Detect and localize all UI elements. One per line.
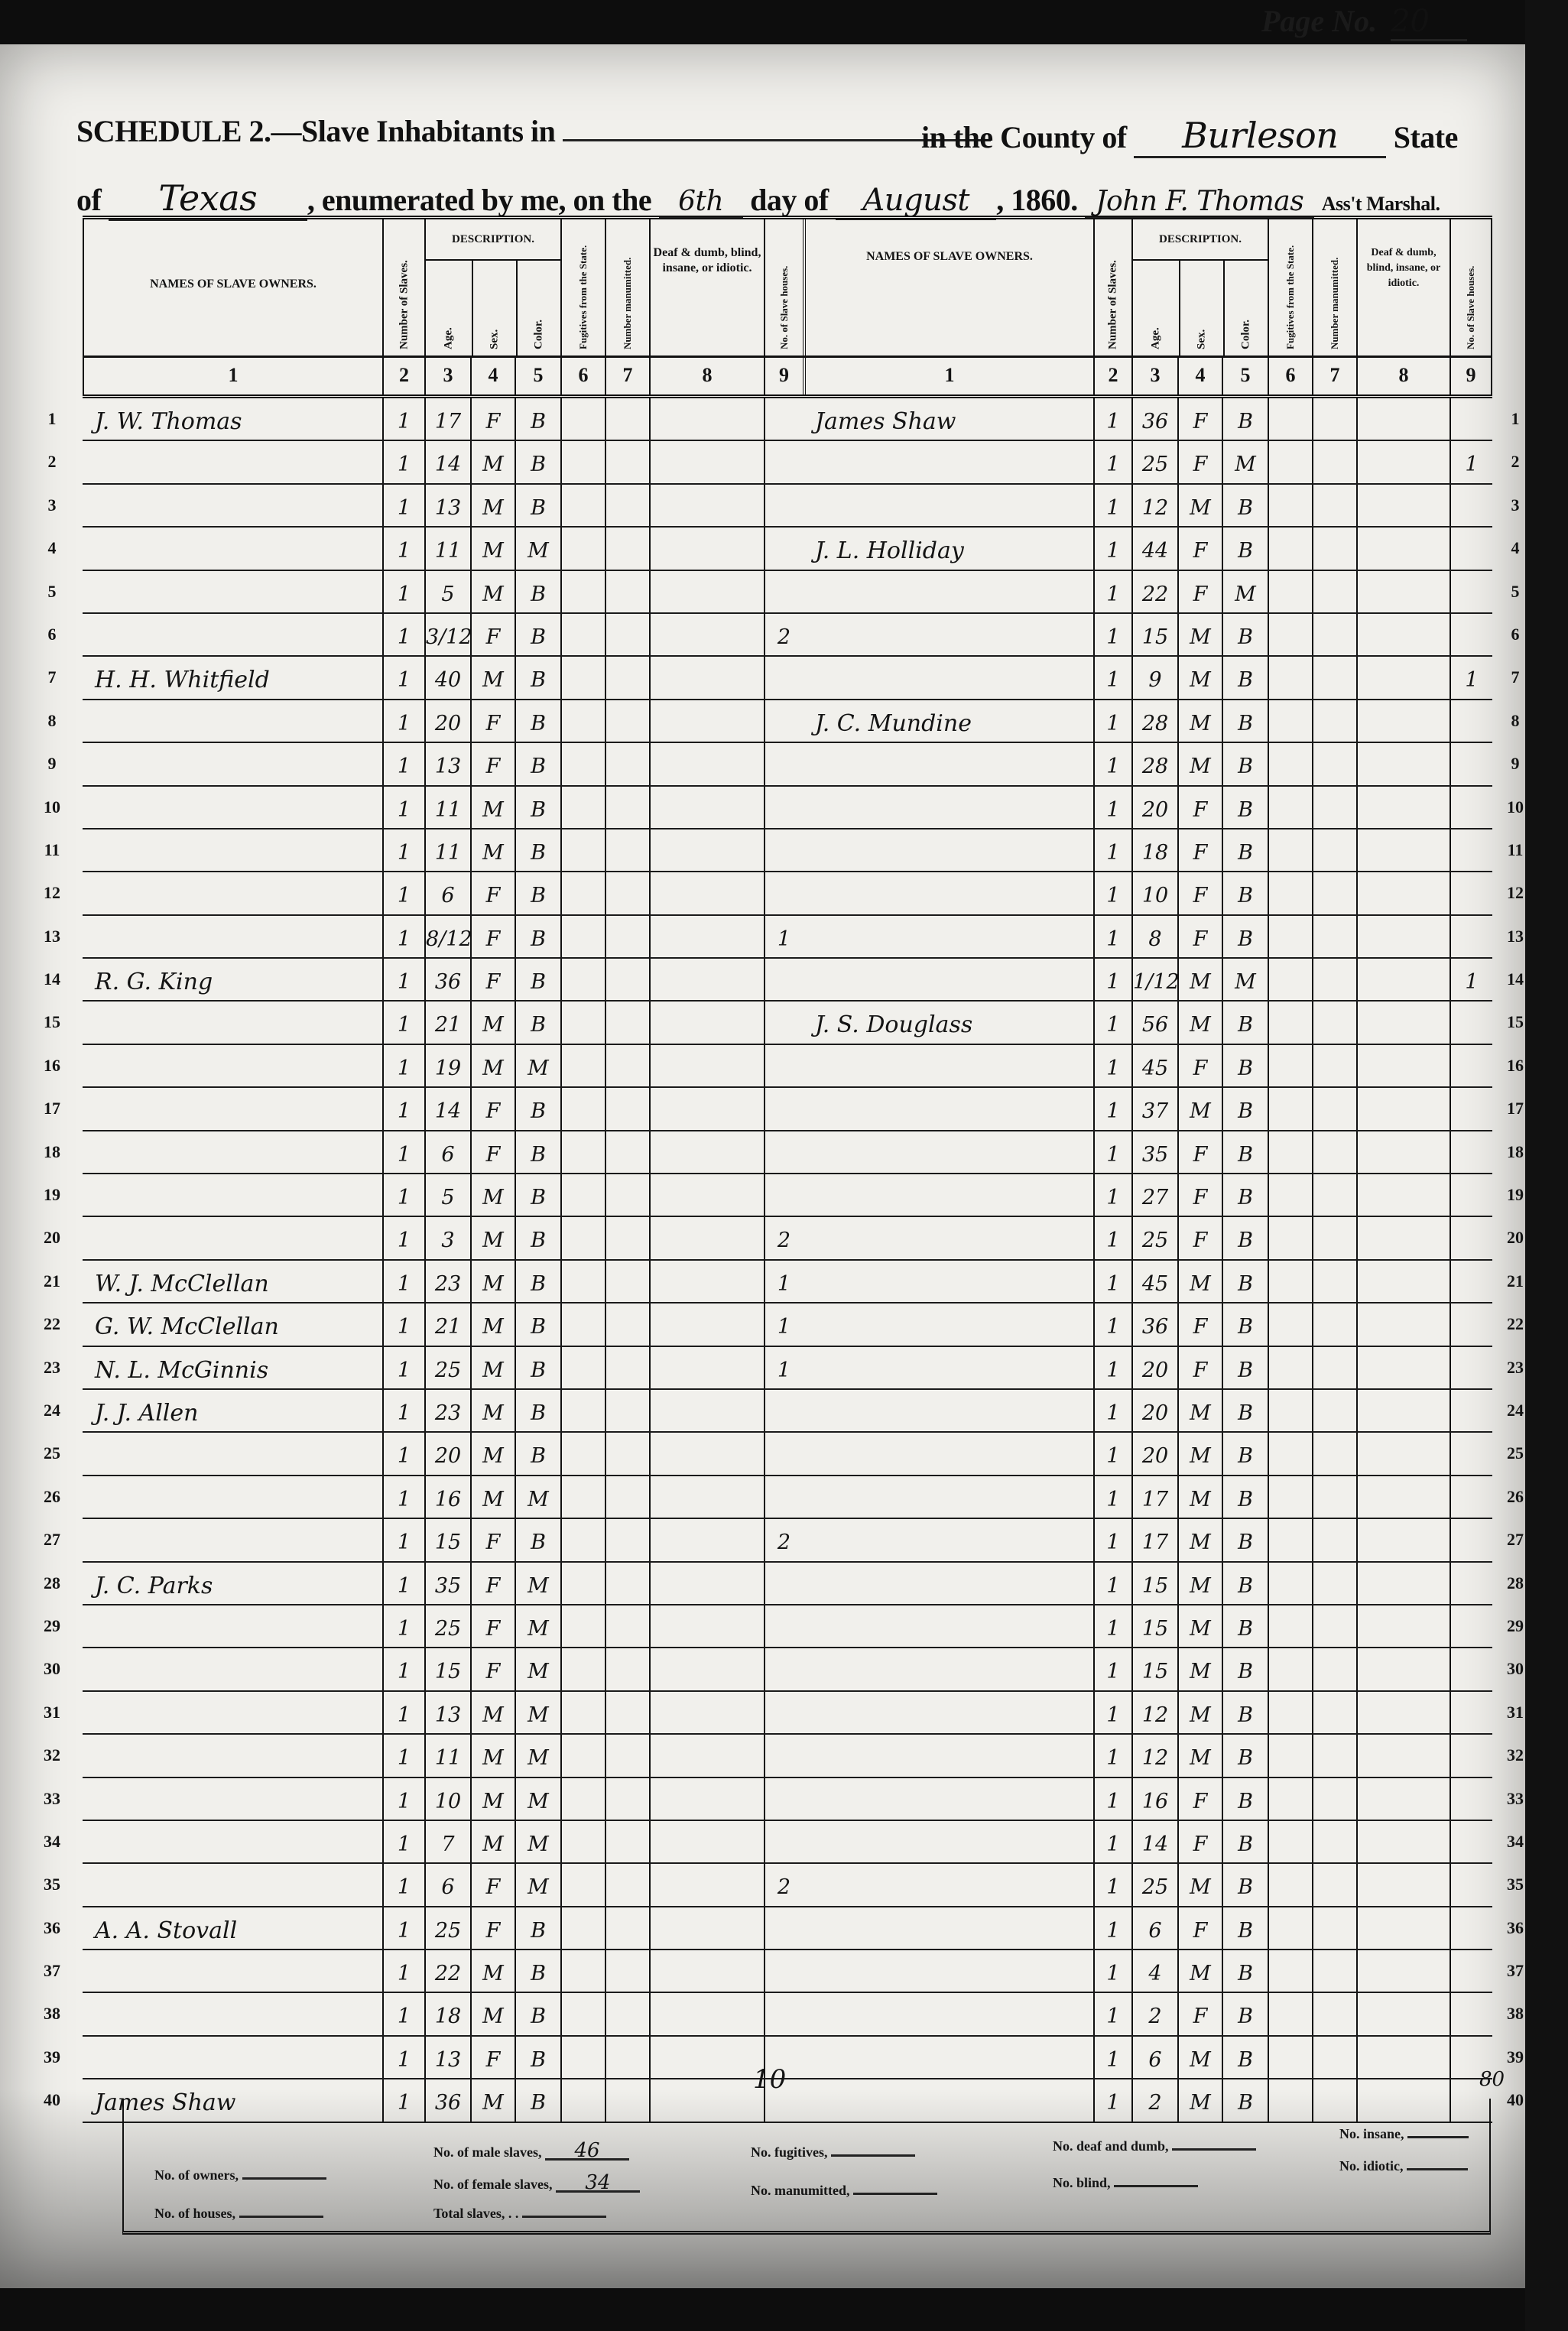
- manumitted-cell: [605, 571, 649, 612]
- manumitted-cell: [1312, 1778, 1356, 1820]
- manumitted-cell: [605, 1821, 649, 1862]
- owner-name-cell: [803, 1993, 1093, 2034]
- fugitives-cell: [1268, 657, 1312, 698]
- table-row: 120MB25: [803, 1433, 1492, 1476]
- color-cell: B: [515, 2037, 560, 2078]
- slave-houses-cell: [1450, 1821, 1492, 1862]
- slave-houses-cell: 1: [764, 1261, 803, 1302]
- slave-houses-cell: [764, 528, 803, 569]
- slave-houses-cell: [764, 1692, 803, 1733]
- sex-cell: F: [1177, 571, 1222, 612]
- color-cell: B: [1222, 1002, 1268, 1043]
- table-row: 115FM30: [83, 1648, 803, 1691]
- header-label: Sex.: [489, 330, 502, 349]
- table-row: 113FB9: [83, 743, 803, 786]
- color-cell: B: [515, 441, 560, 482]
- age-cell: 15: [1131, 1648, 1177, 1690]
- deaf-blind-cell: [649, 1563, 764, 1604]
- row-number: 24: [1500, 1401, 1531, 1420]
- owner-name-cell: [803, 872, 1093, 914]
- header-deaf-blind: Deaf & dumb, blind, insane, or idiotic.: [649, 219, 764, 355]
- owner-name-cell: [83, 1778, 382, 1820]
- manumitted-cell: [1312, 614, 1356, 655]
- color-cell: B: [515, 614, 560, 655]
- row-number: 17: [37, 1099, 67, 1118]
- fugitives-cell: [1268, 959, 1312, 1000]
- slave-count-cell: 1: [1093, 700, 1131, 742]
- row-number: 14: [37, 969, 67, 989]
- sex-cell: F: [470, 1088, 515, 1129]
- age-cell: 35: [424, 1563, 470, 1604]
- enumeration-line: of Texas, enumerated by me, on the 6th d…: [76, 177, 1440, 221]
- slave-houses-cell: [1450, 872, 1492, 914]
- sex-cell: F: [470, 1648, 515, 1690]
- slave-count-cell: 1: [1093, 1347, 1131, 1388]
- table-row: A. A. Stovall125FB36: [83, 1907, 803, 1950]
- sex-cell: M: [1177, 1476, 1222, 1518]
- sex-cell: M: [470, 1217, 515, 1258]
- manumitted-cell: [605, 614, 649, 655]
- table-row: 16FB12: [83, 872, 803, 915]
- table-row: 145MB21: [803, 1261, 1492, 1303]
- sex-cell: M: [470, 1476, 515, 1518]
- sex-cell: F: [1177, 1347, 1222, 1388]
- deaf-blind-cell: [1356, 1390, 1450, 1431]
- row-number: 24: [37, 1401, 67, 1420]
- fugitives-cell: [1268, 2037, 1312, 2078]
- color-cell: M: [515, 1821, 560, 1862]
- age-cell: 6: [424, 1864, 470, 1905]
- sex-cell: F: [470, 2037, 515, 2078]
- color-cell: B: [515, 743, 560, 784]
- row-number: 3: [1500, 495, 1531, 515]
- slave-count-cell: 1: [382, 1778, 424, 1820]
- deaf-blind-cell: [649, 1864, 764, 1905]
- owner-name-cell: [803, 614, 1093, 655]
- manumitted-cell: [1312, 1648, 1356, 1690]
- slave-count-cell: 1: [382, 528, 424, 569]
- slave-count-cell: 1: [382, 398, 424, 440]
- age-cell: 15: [424, 1648, 470, 1690]
- table-row: 120FB10: [803, 787, 1492, 829]
- owner-name-cell: [803, 1735, 1093, 1776]
- age-cell: 25: [1131, 441, 1177, 482]
- slave-houses-cell: [764, 441, 803, 482]
- row-number: 14: [1500, 969, 1531, 989]
- header-names-label: NAMES OF SLAVE OWNERS.: [84, 278, 382, 291]
- color-cell: B: [515, 1174, 560, 1216]
- colnum-6: 6: [560, 358, 605, 394]
- slave-houses-cell: [1450, 398, 1492, 440]
- header-label: Deaf & dumb, blind, insane, or idiotic.: [1358, 245, 1450, 291]
- color-cell: M: [515, 1476, 560, 1518]
- slave-count-cell: 1: [382, 1045, 424, 1086]
- deaf-blind-cell: [649, 1002, 764, 1043]
- age-cell: 10: [1131, 872, 1177, 914]
- slave-count-cell: 1: [382, 872, 424, 914]
- table-row: 113FB39: [83, 2037, 803, 2079]
- slave-count-cell: 1: [1093, 1648, 1131, 1690]
- slave-count-cell: 1: [382, 1864, 424, 1905]
- age-cell: 25: [424, 1347, 470, 1388]
- slave-count-cell: 1: [382, 700, 424, 742]
- color-cell: B: [515, 700, 560, 742]
- owner-name-cell: J. W. Thomas: [83, 398, 382, 440]
- table-row: 11/12MM114: [803, 959, 1492, 1002]
- slave-houses-cell: [1450, 829, 1492, 871]
- color-cell: B: [1222, 1390, 1268, 1431]
- sex-cell: M: [470, 1261, 515, 1302]
- fugitives-cell: [1268, 1519, 1312, 1560]
- fugitives-cell: [1268, 1433, 1312, 1474]
- row-number: 35: [37, 1875, 67, 1894]
- slave-count-cell: 1: [1093, 528, 1131, 569]
- enumerated-label: , enumerated by me, on the: [307, 183, 651, 217]
- owner-name-cell: [83, 1864, 382, 1905]
- colnum-label: 9: [1451, 364, 1491, 387]
- slave-count-cell: 1: [382, 1476, 424, 1518]
- color-cell: B: [515, 1303, 560, 1345]
- fugitives-cell: [560, 528, 605, 569]
- age-cell: 14: [424, 1088, 470, 1129]
- page-number: Page No. 20: [1261, 3, 1467, 41]
- fugitives-cell: [1268, 743, 1312, 784]
- age-cell: 23: [424, 1390, 470, 1431]
- deaf-blind-cell: [649, 485, 764, 526]
- color-cell: B: [1222, 485, 1268, 526]
- header-label: Fugitives from the State.: [577, 245, 589, 349]
- owner-name-cell: [83, 1692, 382, 1733]
- sex-cell: M: [470, 1433, 515, 1474]
- owner-name-cell: J. C. Parks: [83, 1563, 382, 1604]
- slave-houses-cell: [1450, 1131, 1492, 1173]
- colnum-label: 2: [1095, 364, 1131, 387]
- slave-houses-cell: 1: [1450, 657, 1492, 698]
- age-cell: 17: [1131, 1476, 1177, 1518]
- header-color: Color.: [516, 259, 560, 355]
- owner-name-cell: [803, 787, 1093, 828]
- color-cell: M: [515, 1563, 560, 1604]
- color-cell: B: [1222, 614, 1268, 655]
- deaf-blind-cell: [649, 959, 764, 1000]
- deaf-blind-cell: [649, 872, 764, 914]
- table-row: 128MB9: [803, 743, 1492, 786]
- color-cell: B: [515, 1217, 560, 1258]
- owner-name-cell: [803, 829, 1093, 871]
- deaf-blind-cell: [649, 1347, 764, 1388]
- row-number: 8: [1500, 711, 1531, 731]
- blind-label: No. blind,: [1053, 2175, 1111, 2190]
- color-cell: B: [1222, 1045, 1268, 1086]
- slave-houses-cell: [764, 959, 803, 1000]
- sex-cell: F: [470, 1864, 515, 1905]
- slave-count-cell: 1: [382, 1390, 424, 1431]
- slave-houses-cell: [764, 700, 803, 742]
- row-number: 12: [37, 883, 67, 903]
- owner-name-cell: [83, 2037, 382, 2078]
- sex-cell: M: [1177, 1605, 1222, 1647]
- deaf-blind-cell: [649, 1821, 764, 1862]
- slave-houses-cell: [1450, 614, 1492, 655]
- table-header: NAMES OF SLAVE OWNERS. Number of Slaves.…: [83, 219, 803, 358]
- color-cell: B: [1222, 1303, 1268, 1345]
- sex-cell: F: [1177, 1993, 1222, 2034]
- slave-count-cell: 1: [382, 657, 424, 698]
- owner-name-cell: [803, 2037, 1093, 2078]
- color-cell: B: [515, 1261, 560, 1302]
- fugitives-cell: [1268, 485, 1312, 526]
- color-cell: B: [515, 1519, 560, 1560]
- row-number: 29: [1500, 1616, 1531, 1636]
- table-row: 120FB23: [803, 1347, 1492, 1390]
- colnum-5: 5: [515, 358, 560, 394]
- row-number: 1: [1500, 409, 1531, 429]
- row-number: 30: [1500, 1659, 1531, 1679]
- sex-cell: F: [470, 398, 515, 440]
- row-number: 25: [1500, 1443, 1531, 1463]
- slave-count-cell: 1: [1093, 872, 1131, 914]
- age-cell: 20: [424, 1433, 470, 1474]
- age-cell: 8/12: [424, 916, 470, 957]
- slave-count-cell: 1: [1093, 485, 1131, 526]
- slave-houses-cell: [764, 872, 803, 914]
- county-line: in the County of Burleson State: [921, 115, 1458, 158]
- color-cell: M: [515, 1864, 560, 1905]
- header-names: NAMES OF SLAVE OWNERS.: [83, 219, 382, 355]
- owners-label: No. of owners,: [154, 2167, 239, 2183]
- owner-name-cell: [83, 829, 382, 871]
- year-label: , 1860.: [996, 183, 1078, 217]
- fugitives-cell: [1268, 1907, 1312, 1949]
- header-sex: Sex.: [472, 259, 516, 355]
- sex-cell: F: [1177, 1217, 1222, 1258]
- row-number: 35: [1500, 1875, 1531, 1894]
- header-age: Age.: [426, 259, 472, 355]
- deaf-blind-cell: [1356, 743, 1450, 784]
- color-cell: B: [1222, 1648, 1268, 1690]
- row-number: 29: [37, 1616, 67, 1636]
- age-cell: 17: [1131, 1519, 1177, 1560]
- row-number: 6: [37, 625, 67, 644]
- manumitted-cell: [1312, 1433, 1356, 1474]
- owner-name-cell: [803, 1519, 1093, 1560]
- deaf-blind-cell: [1356, 1648, 1450, 1690]
- age-cell: 28: [1131, 743, 1177, 784]
- row-number: 3: [37, 495, 67, 515]
- manumitted-cell: [605, 1433, 649, 1474]
- slave-count-cell: 1: [1093, 829, 1131, 871]
- left-rows: J. W. Thomas117FB1114MB2113MB3111MM415MB…: [83, 398, 803, 2123]
- deaf-blind-cell: [1356, 1778, 1450, 1820]
- slave-count-cell: 1: [382, 614, 424, 655]
- table-row: 12FB38: [803, 1993, 1492, 2036]
- sex-cell: F: [1177, 1303, 1222, 1345]
- owner-name-cell: [803, 1303, 1093, 1345]
- manumitted-cell: [1312, 571, 1356, 612]
- row-number: 38: [37, 2004, 67, 2024]
- age-cell: 11: [424, 829, 470, 871]
- owner-name-cell: [803, 1174, 1093, 1216]
- fugitives-cell: [560, 657, 605, 698]
- table-row: 111MM32: [83, 1735, 803, 1777]
- slave-houses-cell: 1: [764, 916, 803, 957]
- row-number: 34: [1500, 1832, 1531, 1852]
- row-number: 10: [1500, 797, 1531, 817]
- table-row: 16MB39: [803, 2037, 1492, 2079]
- sex-cell: M: [1177, 1390, 1222, 1431]
- marshal-signature: John F. Thomas: [1085, 186, 1314, 219]
- slave-houses-cell: 1: [1450, 441, 1492, 482]
- colnum-9: 9: [1450, 358, 1492, 394]
- slave-houses-cell: [1450, 1563, 1492, 1604]
- owner-name-cell: [83, 1605, 382, 1647]
- slave-houses-cell: [1450, 571, 1492, 612]
- sex-cell: M: [470, 1993, 515, 2034]
- state-label: State: [1394, 120, 1458, 154]
- sex-cell: M: [470, 1735, 515, 1776]
- sex-cell: M: [1177, 700, 1222, 742]
- owner-name-cell: [83, 1735, 382, 1776]
- manumitted-cell: [605, 2037, 649, 2078]
- slave-count-cell: 1: [1093, 1993, 1131, 2034]
- manumitted-cell: [605, 1563, 649, 1604]
- colnum-label: 3: [426, 364, 470, 387]
- slave-houses-cell: [1450, 1778, 1492, 1820]
- table-row: James Shaw136FB1: [803, 398, 1492, 441]
- fugitives-cell: [560, 1864, 605, 1905]
- deaf-blind-cell: [1356, 1217, 1450, 1258]
- deaf-blind-cell: [1356, 1993, 1450, 2034]
- fugitives-cell: [560, 1605, 605, 1647]
- manumitted-cell: [605, 1303, 649, 1345]
- sex-cell: F: [1177, 1907, 1222, 1949]
- owner-name-cell: [803, 916, 1093, 957]
- deaf-blind-cell: [649, 1390, 764, 1431]
- slave-count-cell: 1: [382, 1907, 424, 1949]
- month-value: August: [836, 183, 996, 220]
- color-cell: B: [1222, 528, 1268, 569]
- slave-houses-cell: [764, 1131, 803, 1173]
- colnum-3: 3: [424, 358, 470, 394]
- deaf-blind-cell: [1356, 571, 1450, 612]
- sex-cell: F: [1177, 528, 1222, 569]
- fugitives-cell: [1268, 1605, 1312, 1647]
- color-cell: M: [1222, 571, 1268, 612]
- fugitives-cell: [1268, 441, 1312, 482]
- table-row: 137MB17: [803, 1088, 1492, 1131]
- row-number: 31: [1500, 1703, 1531, 1722]
- age-cell: 8: [1131, 916, 1177, 957]
- blind-field: No. blind,: [1053, 2175, 1198, 2191]
- table-row: 115MB30: [803, 1648, 1492, 1691]
- color-cell: B: [515, 959, 560, 1000]
- sex-cell: M: [470, 1174, 515, 1216]
- color-cell: B: [1222, 2037, 1268, 2078]
- manumitted-cell: [1312, 1390, 1356, 1431]
- deaf-blind-cell: [649, 1735, 764, 1776]
- row-number: 19: [37, 1185, 67, 1205]
- owner-name-cell: A. A. Stovall: [83, 1907, 382, 1949]
- sex-cell: M: [1177, 1950, 1222, 1992]
- deaf-blind-cell: [1356, 2037, 1450, 2078]
- color-cell: B: [515, 916, 560, 957]
- owner-name-cell: [803, 441, 1093, 482]
- table-row: 117MB27: [803, 1519, 1492, 1562]
- owner-name-cell: [83, 1131, 382, 1173]
- row-number: 1: [37, 409, 67, 429]
- slave-houses-cell: [764, 1993, 803, 2034]
- table-row: J. C. Mundine128MB8: [803, 700, 1492, 743]
- manumitted-cell: [605, 1217, 649, 1258]
- age-cell: 13: [424, 2037, 470, 2078]
- fugitives-cell: [560, 2037, 605, 2078]
- owner-name-cell: [803, 1088, 1093, 1129]
- slave-houses-cell: [1450, 1907, 1492, 1949]
- row-number: 15: [1500, 1012, 1531, 1032]
- header-slave-houses: No. of Slave houses.: [1450, 219, 1492, 355]
- table-row: 115MB29: [803, 1605, 1492, 1648]
- table-row: G. W. McClellan121MB122: [83, 1303, 803, 1346]
- slave-count-cell: 1: [382, 1993, 424, 2034]
- fugitives-cell: [1268, 1950, 1312, 1992]
- fugitives-cell: [560, 1261, 605, 1302]
- fugitives-label: No. fugitives,: [751, 2144, 828, 2160]
- age-cell: 36: [424, 959, 470, 1000]
- manumitted-cell: [1312, 1217, 1356, 1258]
- manumitted-cell: [605, 441, 649, 482]
- deaf-blind-cell: [1356, 1174, 1450, 1216]
- sex-cell: F: [470, 1563, 515, 1604]
- fugitives-cell: [560, 1217, 605, 1258]
- table-row: 18/12FB113: [83, 916, 803, 959]
- slave-count-cell: 1: [1093, 1002, 1131, 1043]
- color-cell: B: [1222, 1261, 1268, 1302]
- slave-count-cell: 1: [1093, 614, 1131, 655]
- color-cell: B: [1222, 872, 1268, 914]
- deaf-dumb-value: [1172, 2148, 1256, 2151]
- fugitives-cell: [1268, 829, 1312, 871]
- manumitted-cell: [1312, 398, 1356, 440]
- age-cell: 23: [424, 1261, 470, 1302]
- manumitted-cell: [605, 1993, 649, 2034]
- of-label: of: [76, 183, 101, 217]
- slave-houses-cell: [764, 1950, 803, 1992]
- insane-label: No. insane,: [1339, 2126, 1404, 2141]
- table-row: N. L. McGinnis125MB123: [83, 1347, 803, 1390]
- age-cell: 21: [424, 1002, 470, 1043]
- header-label: Number manumitted.: [1329, 258, 1341, 349]
- age-cell: 12: [1131, 485, 1177, 526]
- fugitives-cell: [560, 1433, 605, 1474]
- owner-name-cell: J. J. Allen: [83, 1390, 382, 1431]
- age-cell: 36: [1131, 398, 1177, 440]
- header-age: Age.: [1133, 259, 1179, 355]
- table-row: 121MB15: [83, 1002, 803, 1044]
- row-number: 23: [37, 1358, 67, 1378]
- age-cell: 2: [1131, 1993, 1177, 2034]
- slave-count-cell: 1: [1093, 398, 1131, 440]
- color-cell: B: [1222, 1347, 1268, 1388]
- table-row: 122MB37: [83, 1950, 803, 1993]
- deaf-blind-cell: [1356, 1261, 1450, 1302]
- fugitives-cell: [560, 1131, 605, 1173]
- slave-houses-cell: [764, 1390, 803, 1431]
- fugitives-cell: [1268, 1648, 1312, 1690]
- row-number: 32: [37, 1745, 67, 1765]
- slave-houses-cell: [764, 829, 803, 871]
- age-cell: 13: [424, 485, 470, 526]
- table-row: 122FM5: [803, 571, 1492, 614]
